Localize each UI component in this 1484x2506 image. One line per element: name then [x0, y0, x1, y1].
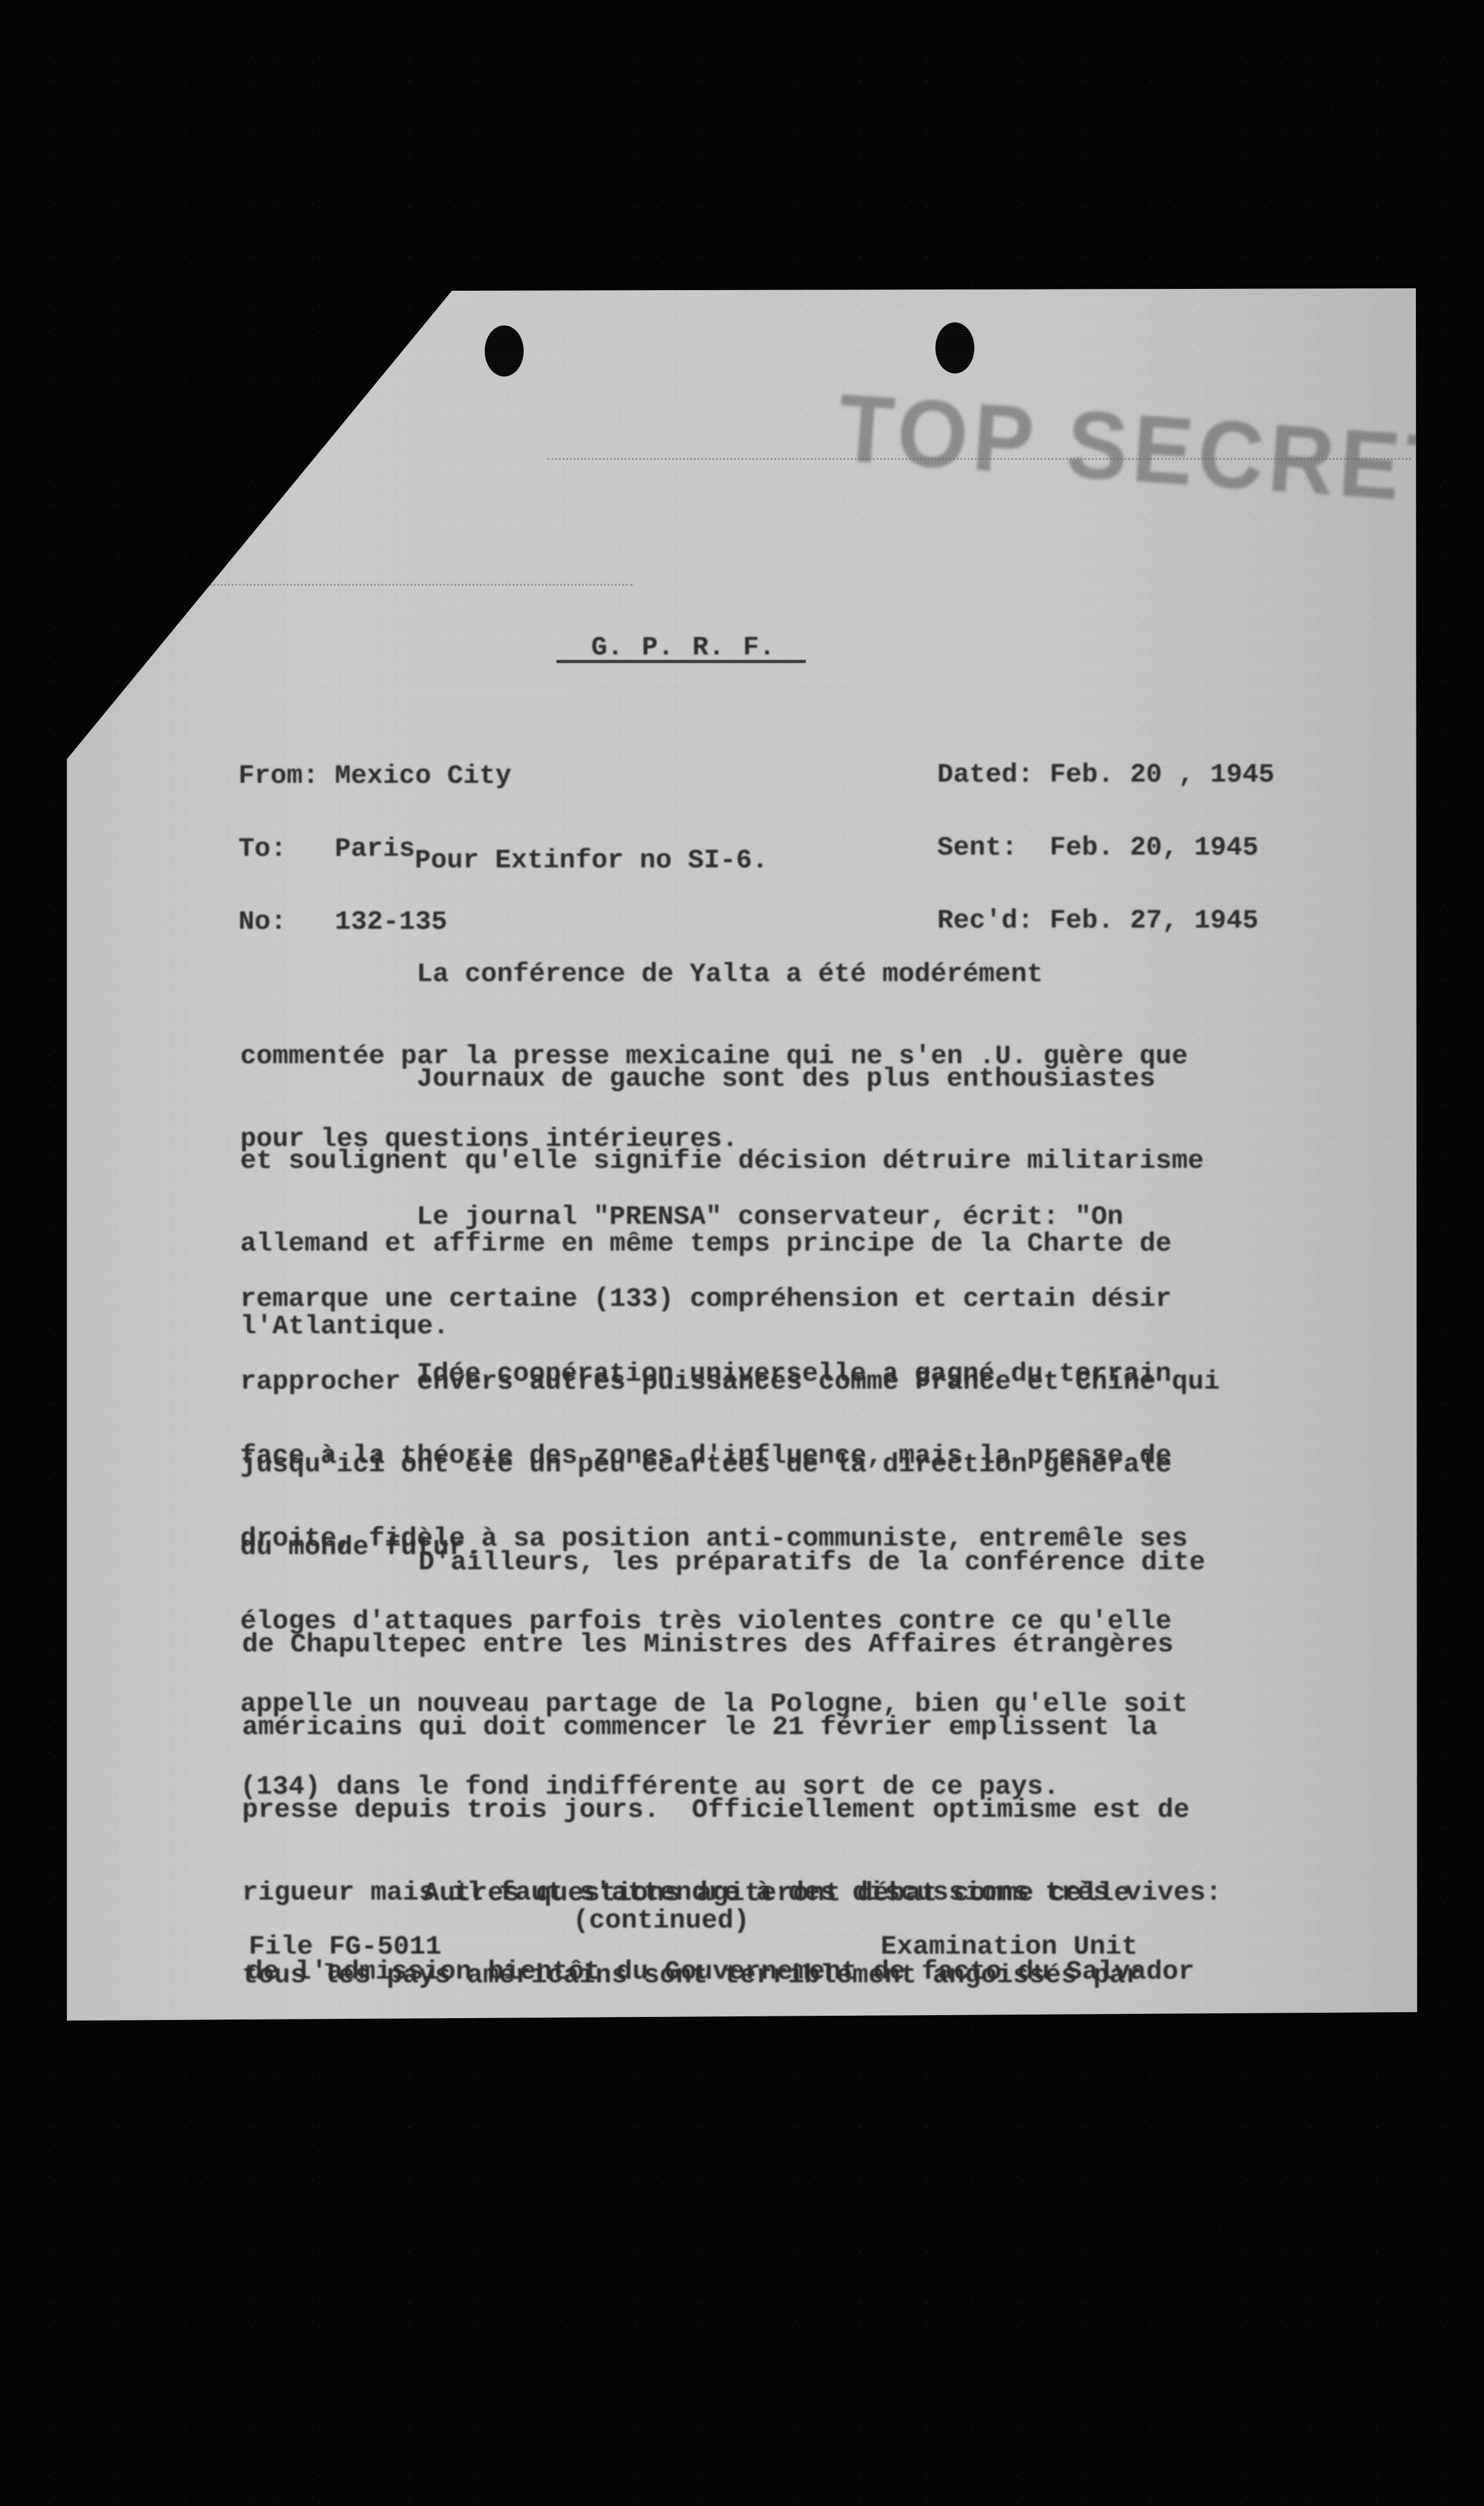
text-line: Idée coopération universelle a gagné du …: [240, 1361, 1188, 1388]
text-line: de l'admission bientôt du Gouvernement d…: [247, 1959, 1194, 1985]
dated-label: Dated:: [937, 760, 1033, 790]
from-value: Mexico City: [335, 761, 511, 791]
text-line: Journaux de gauche sont des plus enthous…: [240, 1066, 1204, 1093]
dated-value: Feb. 20 , 1945: [1050, 760, 1275, 790]
salutation: Pour Extinfor no SI-6.: [415, 847, 768, 875]
punch-hole-left: [485, 325, 524, 377]
text-line: américains qui doit commencer le 21 févr…: [242, 1714, 1222, 1741]
text-line: Autres questions agiteront débat comme c…: [247, 1881, 1194, 1907]
text-line: La conférence de Yalta a été modérément: [240, 961, 1188, 988]
text-line: face à la théorie des zones d'influence,…: [240, 1443, 1188, 1470]
top-secret-stamp: TOP SECRET: [834, 372, 1469, 526]
sent-label: Sent:: [937, 833, 1018, 863]
text-line: Le journal "PRENSA" conservateur, écrit:…: [240, 1204, 1220, 1231]
from-label: From:: [238, 761, 319, 791]
continued-note: (continued): [573, 1907, 749, 1935]
to-value: Paris: [335, 834, 415, 864]
examination-unit: Examination Unit: [881, 1934, 1137, 1961]
to-label: To:: [238, 834, 286, 864]
text-line: presse depuis trois jours. Officiellemen…: [242, 1797, 1222, 1824]
file-reference: File FG-5011: [249, 1934, 442, 1961]
title-underline: [556, 660, 806, 663]
document-title: G. P. R. F.: [591, 634, 775, 662]
text-line: D'ailleurs, les préparatifs de la confér…: [242, 1549, 1222, 1577]
text-line: de Chapultepec entre les Ministres des A…: [242, 1631, 1222, 1659]
punch-hole-right: [935, 322, 974, 373]
sent-value: Feb. 20, 1945: [1050, 833, 1258, 863]
